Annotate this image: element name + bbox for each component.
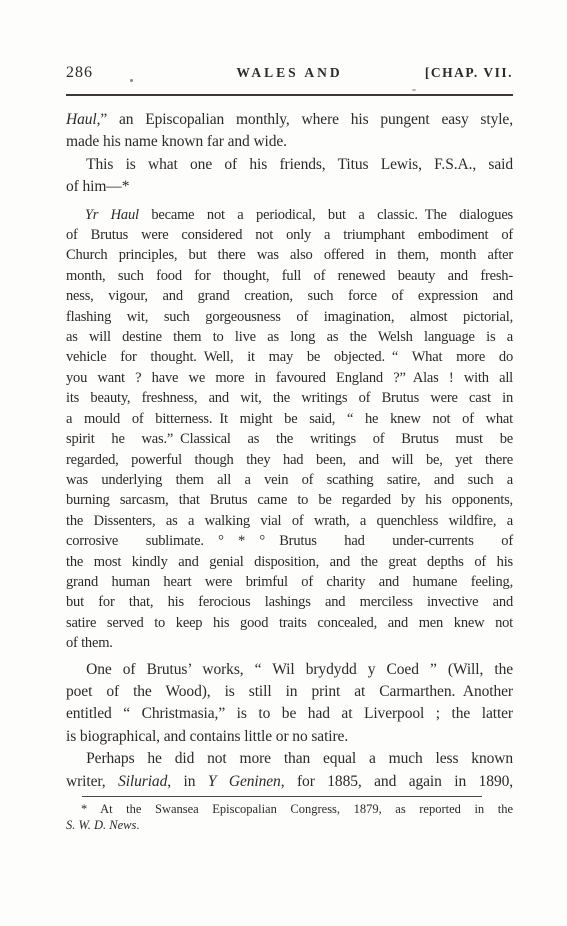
text-line: writer, Siluriad, in Y Geninen, for 1885… [66,771,513,793]
text-line: Perhaps he did not more than equal a muc… [66,748,513,770]
running-header: 286 WALES AND [CHAP. VII. [66,64,513,84]
text-line: of them. [66,633,513,653]
text-line: * At the Swansea Episcopalian Congress, … [66,801,513,817]
text-line: a mould of bitterness. It might be said,… [66,409,513,429]
paragraph: This is what one of his friends, Titus L… [66,154,513,199]
text-line: but for that, his ferocious lashings and… [66,592,513,612]
text-line: Haul,” an Episcopalian monthly, where hi… [66,109,513,131]
text-line: grand human heart were brimful of charit… [66,572,513,592]
text-line: was underlying them all a vein of scathi… [66,470,513,490]
chapter-label: [CHAP. VII. [425,65,513,81]
text-line: the most kindly and genial disposition, … [66,552,513,572]
text-line: of Brutus were considered not only a tri… [66,225,513,245]
text-line: burning sarcasm, that Brutus came to be … [66,490,513,510]
text-line: the Dissenters, as a walking vial of wra… [66,511,513,531]
text-line: vehicle for thought. Well, it may be obj… [66,347,513,367]
text-line: flashing wit, such gorgeousness of imagi… [66,307,513,327]
paragraph: Perhaps he did not more than equal a muc… [66,748,513,793]
text-line: This is what one of his friends, Titus L… [66,154,513,176]
scan-speck [412,89,416,91]
footnote-rule [82,796,482,797]
text-line: One of Brutus’ works, “ Wil brydydd y Co… [66,659,513,681]
text-line: entitled “ Christmasia,” is to be had at… [66,703,513,725]
paragraph-continuation: Haul,” an Episcopalian monthly, where hi… [66,109,513,154]
text-line: Yr Haul became not a periodical, but a c… [66,205,513,225]
running-title: WALES AND [236,65,342,81]
text-line: its beauty, freshness, and wit, the writ… [66,388,513,408]
block-quote: Yr Haul became not a periodical, but a c… [66,205,513,654]
text-line: month, such food for thought, full of re… [66,266,513,286]
text-line: spirit he was.” Classical as the writing… [66,429,513,449]
text-line: of him—* [66,176,513,198]
text-line: satire served to keep his good traits co… [66,613,513,633]
text-line: as will destine them to live as long as … [66,327,513,347]
text-block: 286 WALES AND [CHAP. VII. Haul,” an Epis… [0,0,567,833]
paragraph: One of Brutus’ works, “ Wil brydydd y Co… [66,659,513,749]
text-line: S. W. D. News. [66,817,513,833]
footnote: * At the Swansea Episcopalian Congress, … [66,801,513,833]
text-line: made his name known far and wide. [66,131,513,153]
text-line: ness, vigour, and grand creation, such f… [66,286,513,306]
text-line: Church principles, but there was also of… [66,245,513,265]
header-rule [66,94,513,96]
text-line: corrosive sublimate. ° * ° Brutus had un… [66,531,513,551]
text-line: you want ? have we more in favoured Engl… [66,368,513,388]
book-page-scan: 286 WALES AND [CHAP. VII. Haul,” an Epis… [0,0,567,926]
text-line: poet of the Wood), is still in print at … [66,681,513,703]
text-line: regarded, powerful though they had been,… [66,450,513,470]
text-line: is biographical, and contains little or … [66,726,513,748]
page-number: 286 [66,64,93,82]
scan-speck [130,79,133,82]
